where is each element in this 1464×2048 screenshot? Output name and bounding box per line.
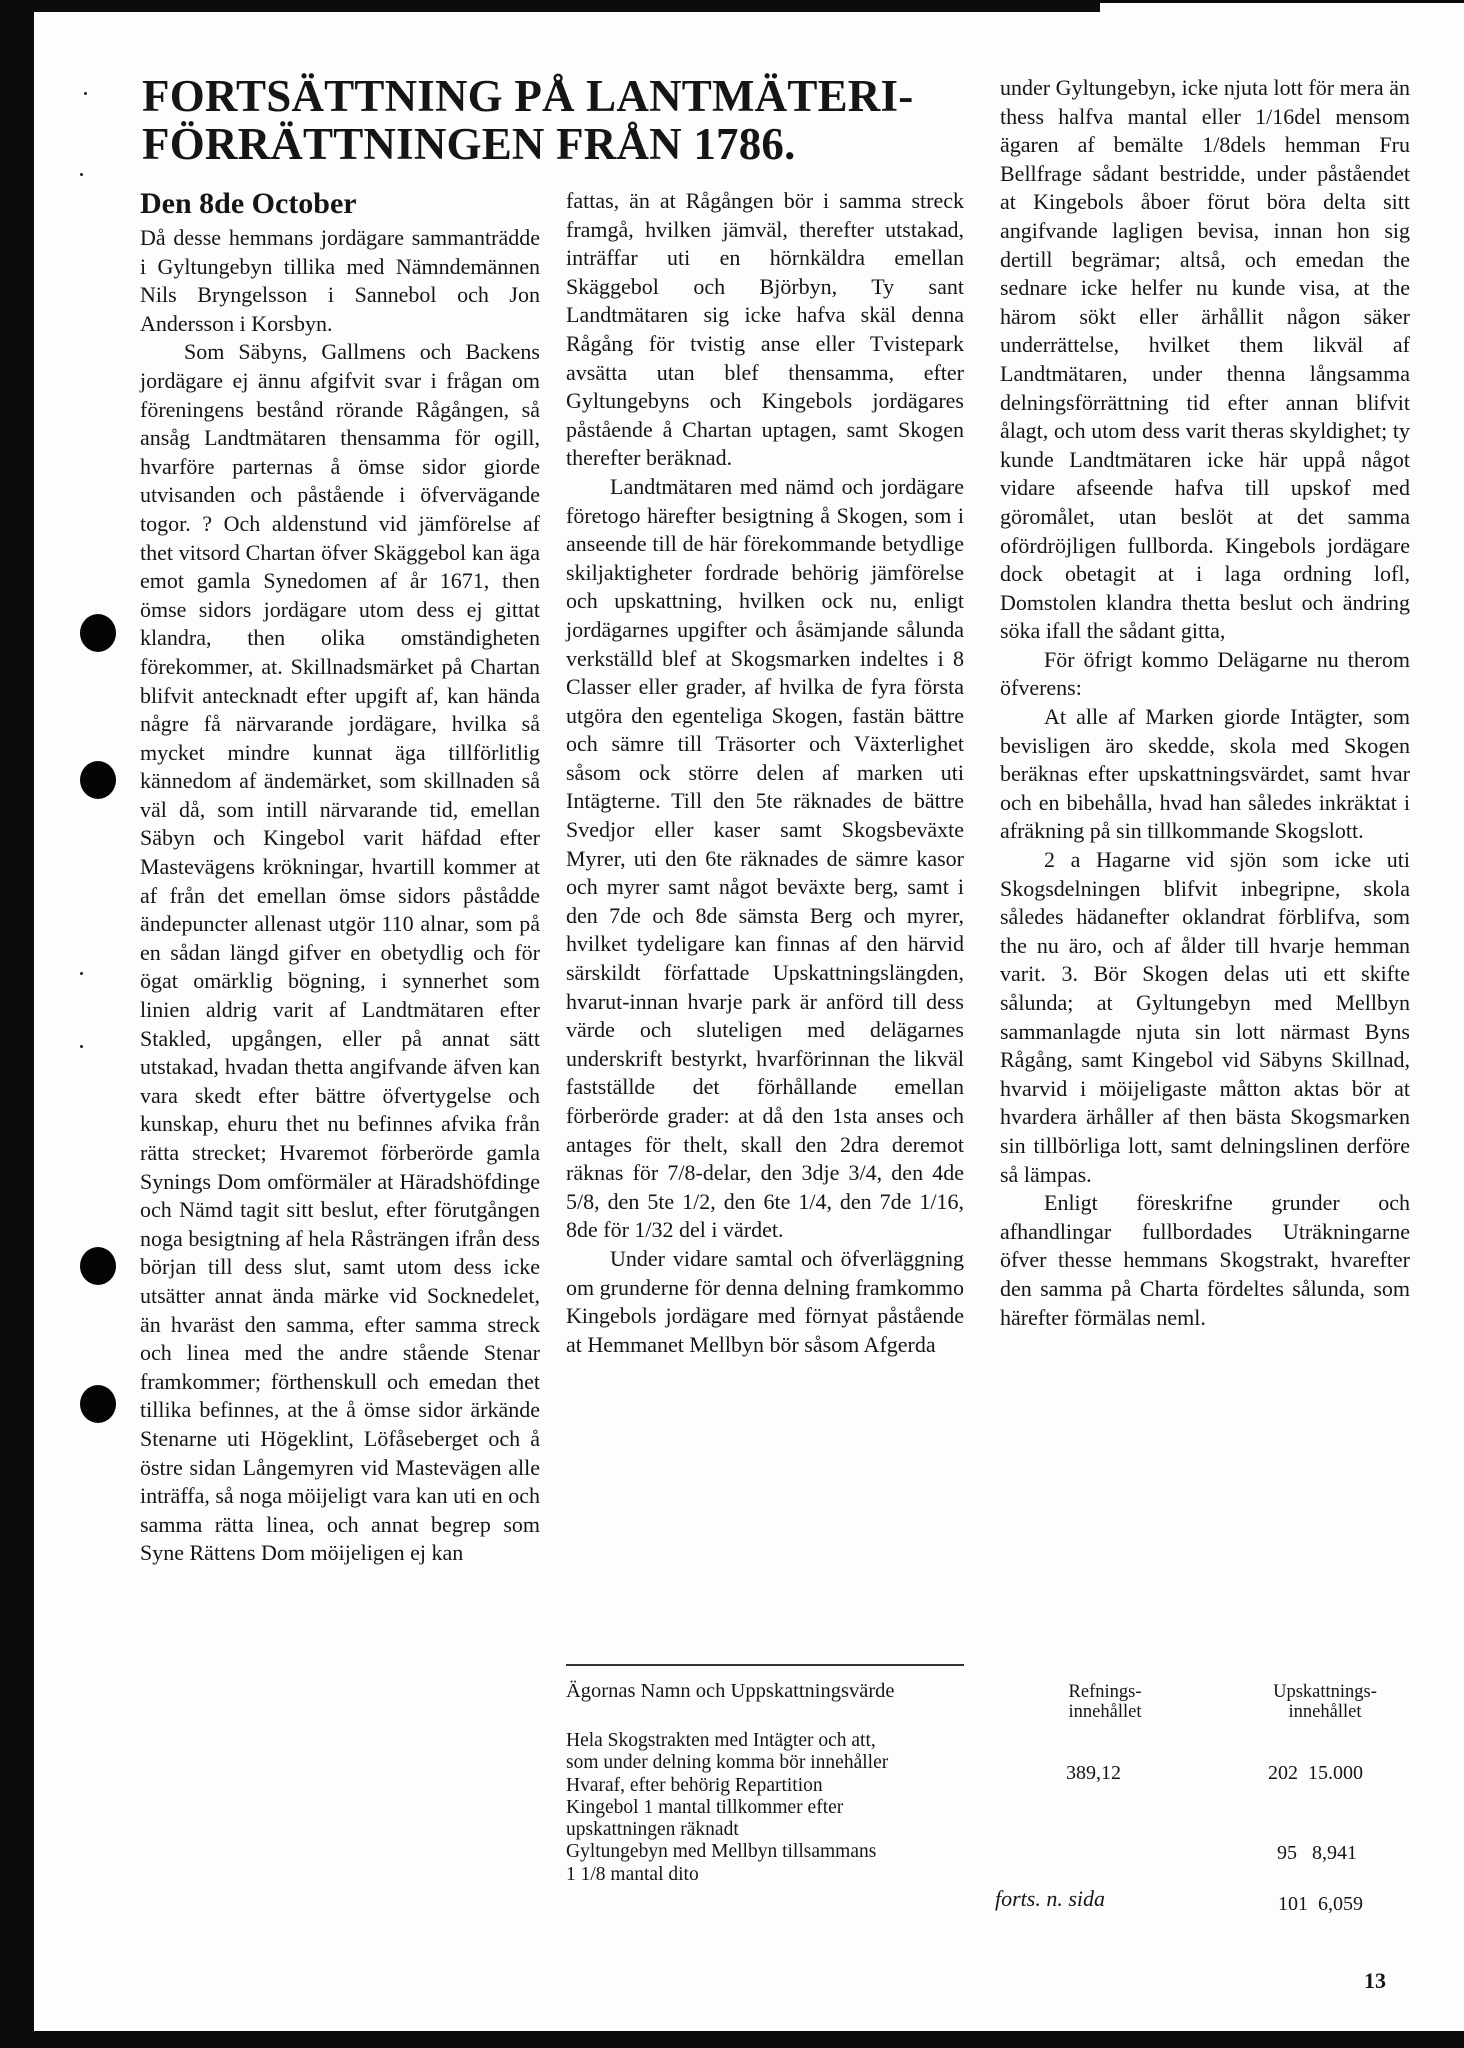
continued-note: forts. n. sida: [995, 1886, 1105, 1912]
table-title: Ägornas Namn och Uppskattningsvärde: [566, 1680, 895, 1703]
punch-hole-icon: [80, 614, 116, 652]
table-divider: [566, 1664, 964, 1666]
desc-line: som under delning komma bör innehåller: [566, 1752, 986, 1774]
title-line-1: FORTSÄTTNING PÅ LANTMÄTERI-: [142, 72, 962, 120]
table-description: Hela Skogstrakten med Intägter och att, …: [566, 1730, 986, 1886]
header-line: innehållet: [1030, 1702, 1180, 1722]
table-cell-upskattnings: 101 6,059: [1278, 1893, 1363, 1916]
paragraph: Under vidare samtal och öfverläggning om…: [566, 1245, 964, 1359]
desc-line: upskattningen räknadt: [566, 1819, 986, 1841]
scan-border-bottom: [0, 2031, 1464, 2048]
paragraph: Enligt föreskrifne grunder och afhandlin…: [1000, 1189, 1410, 1332]
header-line: Refnings-: [1030, 1682, 1180, 1702]
page-title: FORTSÄTTNING PÅ LANTMÄTERI- FÖRRÄTTNINGE…: [142, 72, 962, 168]
paragraph: 2 a Hagarne vid sjön som icke uti Skogsd…: [1000, 846, 1410, 1189]
speck-mark: [84, 92, 87, 95]
table-cell-upskattnings: 202 15.000: [1268, 1762, 1363, 1785]
scan-border-top: [0, 0, 1100, 12]
scan-border-left-inner: [22, 12, 34, 2032]
scan-border-left: [0, 0, 22, 2048]
speck-mark: [80, 1045, 83, 1048]
paragraph: För öfrigt kommo Delägarne nu therom öfv…: [1000, 646, 1410, 703]
column-1: Den 8de October Då desse hemmans jordäga…: [140, 186, 540, 1568]
table-cell-refnings: 389,12: [1066, 1762, 1121, 1785]
speck-mark: [80, 972, 83, 975]
column-header-upskattnings: Upskattnings- innehållet: [1240, 1682, 1410, 1722]
title-line-2: FÖRRÄTTNINGEN FRÅN 1786.: [142, 120, 962, 168]
page-number: 13: [1364, 1968, 1386, 1994]
table-cell-upskattnings: 95 8,941: [1277, 1842, 1357, 1865]
paragraph: fattas, än at Rågången bör i samma strec…: [566, 187, 964, 473]
desc-line: Kingebol 1 mantal tillkommer efter: [566, 1797, 986, 1819]
desc-line: Hvaraf, efter behörig Repartition: [566, 1775, 986, 1797]
paragraph: Som Säbyns, Gallmens och Backens jordäga…: [140, 338, 540, 1568]
header-line: innehållet: [1240, 1702, 1410, 1722]
speck-mark: [80, 173, 83, 176]
column-header-refnings: Refnings- innehållet: [1030, 1682, 1180, 1722]
column-2: fattas, än at Rågången bör i samma strec…: [566, 187, 964, 1359]
paragraph: under Gyltungebyn, icke njuta lott för m…: [1000, 74, 1410, 646]
punch-hole-icon: [80, 761, 116, 799]
paragraph: At alle af Marken giorde Intägter, som b…: [1000, 703, 1410, 846]
desc-line: Hela Skogstrakten med Intägter och att,: [566, 1730, 986, 1752]
punch-hole-icon: [80, 1385, 116, 1423]
desc-line: 1 1/8 mantal dito: [566, 1864, 986, 1886]
column-3: under Gyltungebyn, icke njuta lott för m…: [1000, 74, 1410, 1332]
header-line: Upskattnings-: [1240, 1682, 1410, 1702]
paragraph: Landtmätaren med nämd och jordägare före…: [566, 473, 964, 1245]
date-subheading: Den 8de October: [140, 186, 540, 222]
punch-hole-icon: [80, 1247, 116, 1285]
desc-line: Gyltungebyn med Mellbyn tillsammans: [566, 1841, 986, 1863]
scan-border-top-thin: [1100, 0, 1464, 3]
paragraph: Då desse hemmans jordägare sammanträdde …: [140, 224, 540, 338]
